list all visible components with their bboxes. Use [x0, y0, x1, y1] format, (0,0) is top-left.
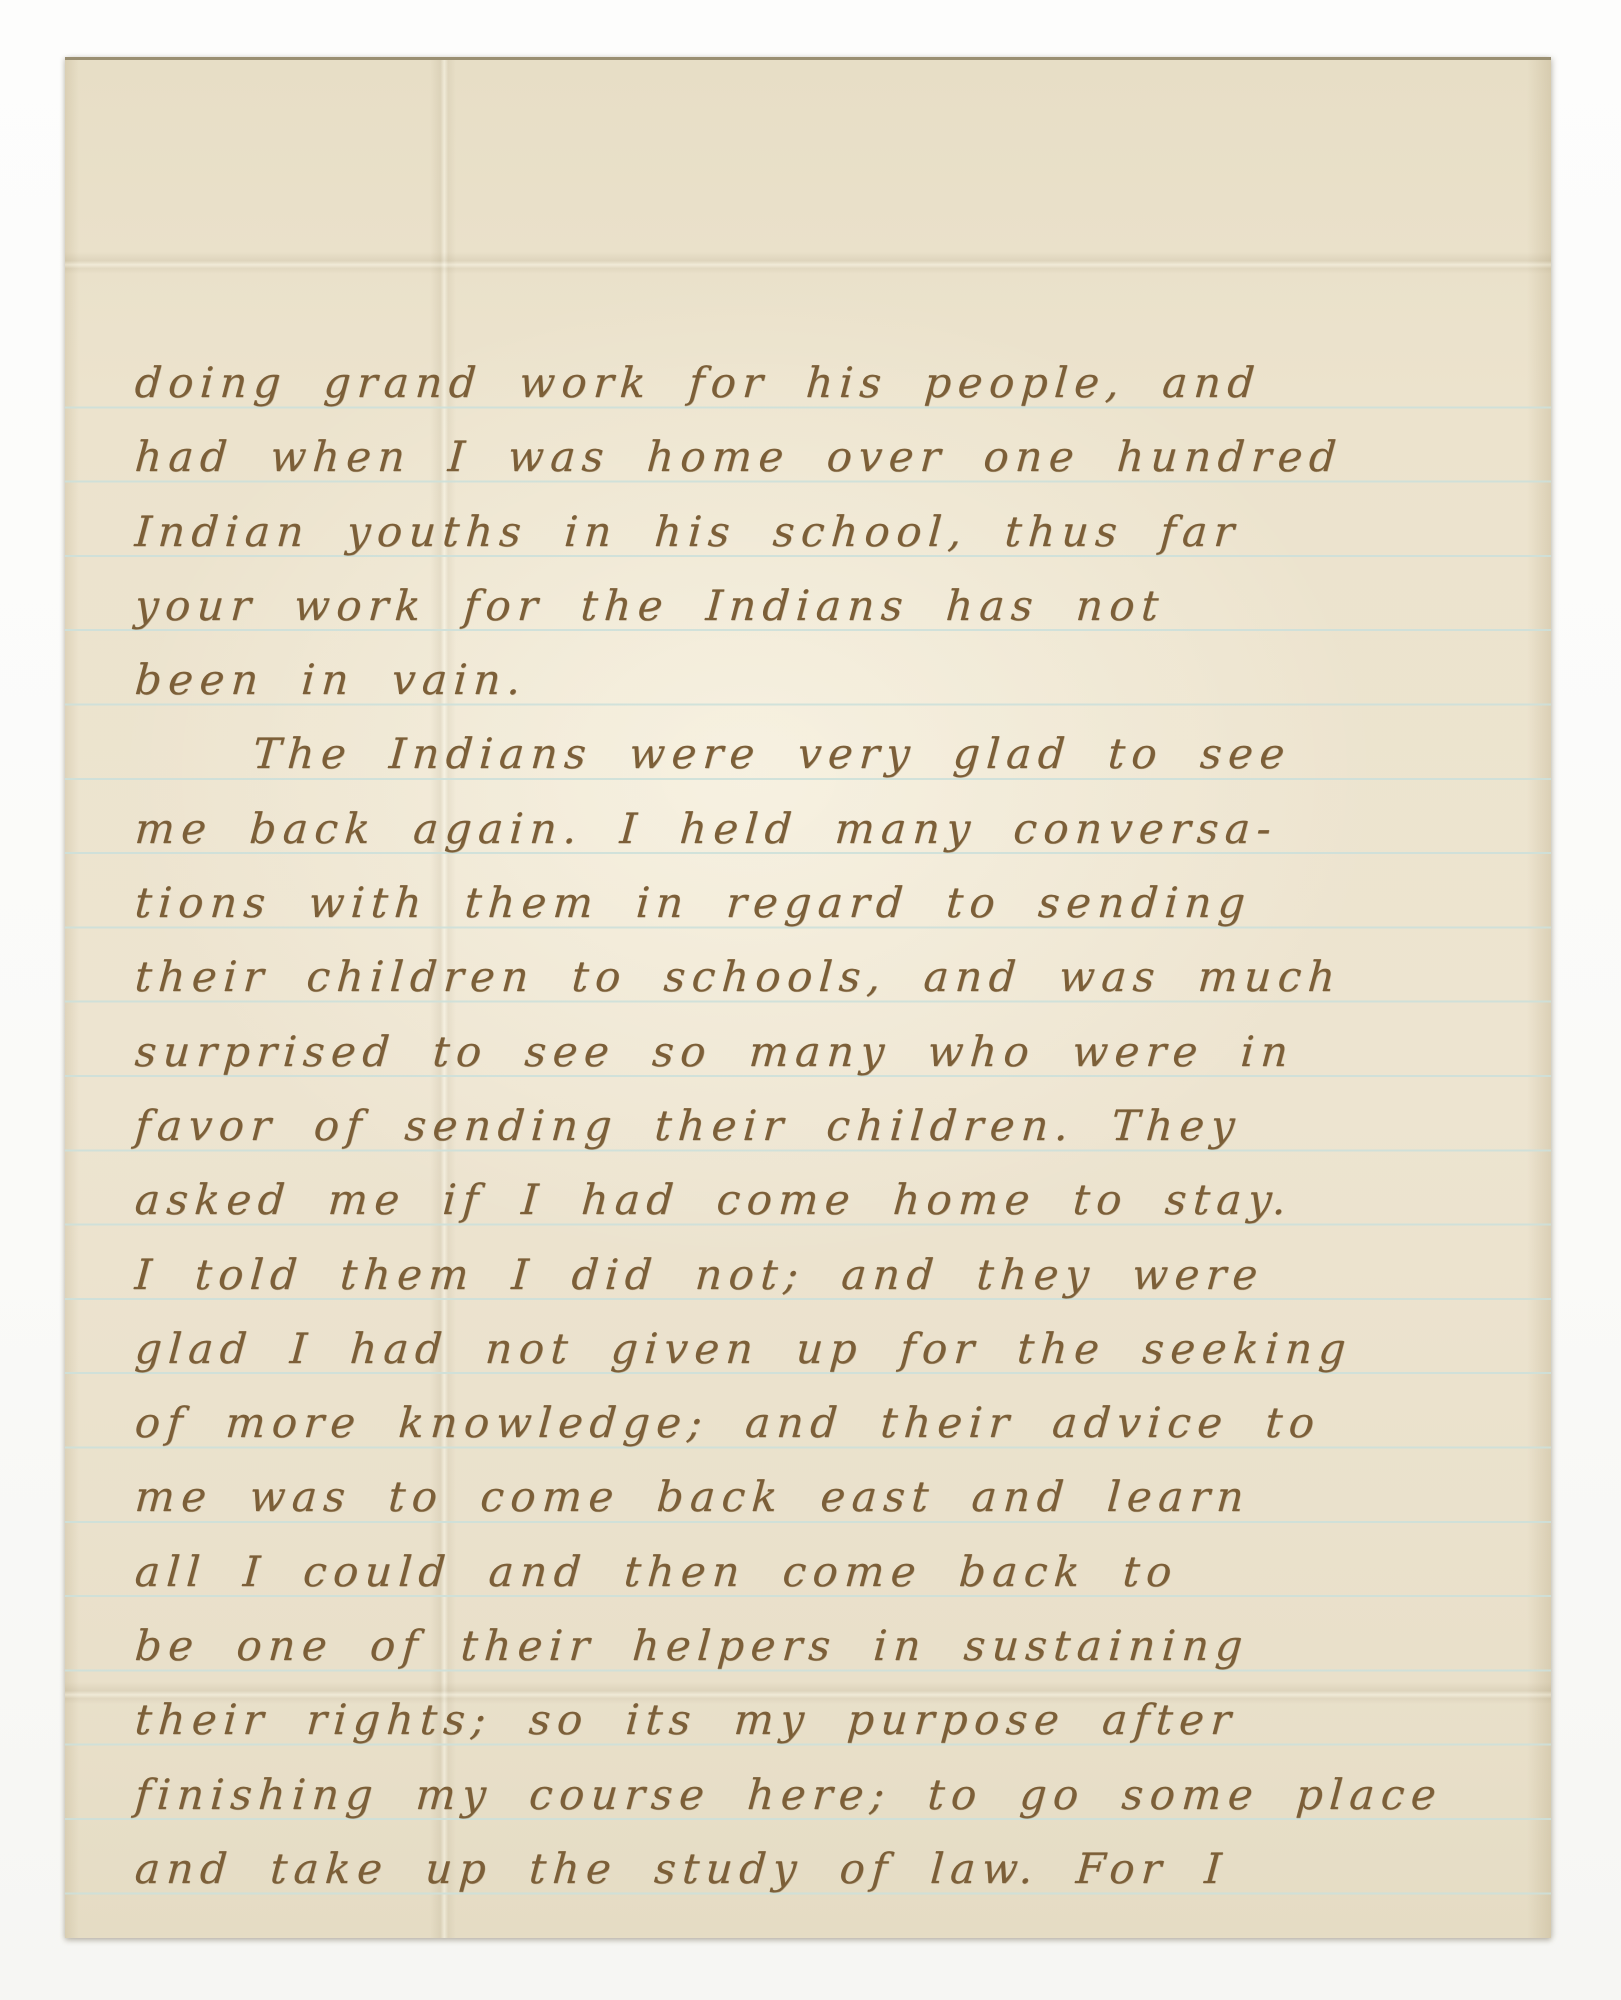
handwriting-text: I told them I did not; and they were	[132, 1238, 1266, 1312]
handwriting-line: be one of their helpers in sustaining	[135, 1609, 1527, 1683]
handwriting-text: me was to come back east and learn	[132, 1460, 1252, 1534]
handwriting-line: doing grand work for his people, and	[135, 346, 1527, 420]
handwriting-text: tions with them in regard to sending	[132, 866, 1254, 940]
handwriting-text: The Indians were very glad to see	[250, 717, 1293, 791]
handwriting-line: glad I had not given up for the seeking	[135, 1312, 1527, 1386]
handwriting-line: been in vain.	[135, 643, 1527, 717]
handwriting-line: I told them I did not; and they were	[135, 1238, 1527, 1312]
handwriting-line: me back again. I held many conversa-	[135, 792, 1527, 866]
handwriting-line: surprised to see so many who were in	[135, 1015, 1527, 1089]
handwriting-text: their children to schools, and was much	[132, 940, 1344, 1014]
handwriting-text: glad I had not given up for the seeking	[132, 1312, 1354, 1386]
handwriting-line: tions with them in regard to sending	[135, 866, 1527, 940]
handwriting-line: and take up the study of law. For I	[135, 1832, 1527, 1906]
handwriting-line: their rights; so its my purpose after	[135, 1683, 1527, 1757]
handwriting-text: surprised to see so many who were in	[132, 1015, 1296, 1089]
handwriting-text: been in vain.	[132, 643, 529, 717]
handwriting-text: be one of their helpers in sustaining	[132, 1609, 1251, 1683]
handwriting-line: your work for the Indians has not	[135, 569, 1527, 643]
handwriting-text: their rights; so its my purpose after	[132, 1683, 1239, 1757]
handwriting-line: asked me if I had come home to stay.	[135, 1163, 1527, 1237]
handwriting-line: finishing my course here; to go some pla…	[135, 1758, 1527, 1832]
handwriting-line: had when I was home over one hundred	[135, 420, 1527, 494]
fold-crease-horizontal-top	[65, 252, 1551, 274]
handwriting-text: finishing my course here; to go some pla…	[132, 1758, 1445, 1832]
scan-background: doing grand work for his people, and had…	[0, 0, 1621, 2000]
handwriting-line: The Indians were very glad to see	[135, 717, 1527, 791]
handwriting-line: favor of sending their children. They	[135, 1089, 1527, 1163]
handwriting-text: and take up the study of law. For I	[132, 1832, 1230, 1906]
handwriting-line: Indian youths in his school, thus far	[135, 495, 1527, 569]
handwriting-text: your work for the Indians has not	[132, 569, 1167, 643]
handwriting-text: Indian youths in his school, thus far	[132, 495, 1243, 569]
handwriting-text: had when I was home over one hundred	[132, 420, 1345, 494]
handwriting-text: asked me if I had come home to stay.	[132, 1163, 1295, 1237]
handwriting-text: all I could and then come back to	[132, 1535, 1180, 1609]
handwriting-line: of more knowledge; and their advice to	[135, 1386, 1527, 1460]
handwriting-text: favor of sending their children. They	[132, 1089, 1243, 1163]
handwriting-text: doing grand work for his people, and	[132, 346, 1263, 420]
letter-page: doing grand work for his people, and had…	[65, 57, 1551, 1938]
handwriting-line: all I could and then come back to	[135, 1535, 1527, 1609]
handwriting-text: me back again. I held many conversa-	[132, 792, 1279, 866]
handwriting-line: me was to come back east and learn	[135, 1460, 1527, 1534]
letter-text: doing grand work for his people, and had…	[135, 346, 1527, 1906]
handwriting-text: of more knowledge; and their advice to	[132, 1386, 1323, 1460]
handwriting-line: their children to schools, and was much	[135, 940, 1527, 1014]
